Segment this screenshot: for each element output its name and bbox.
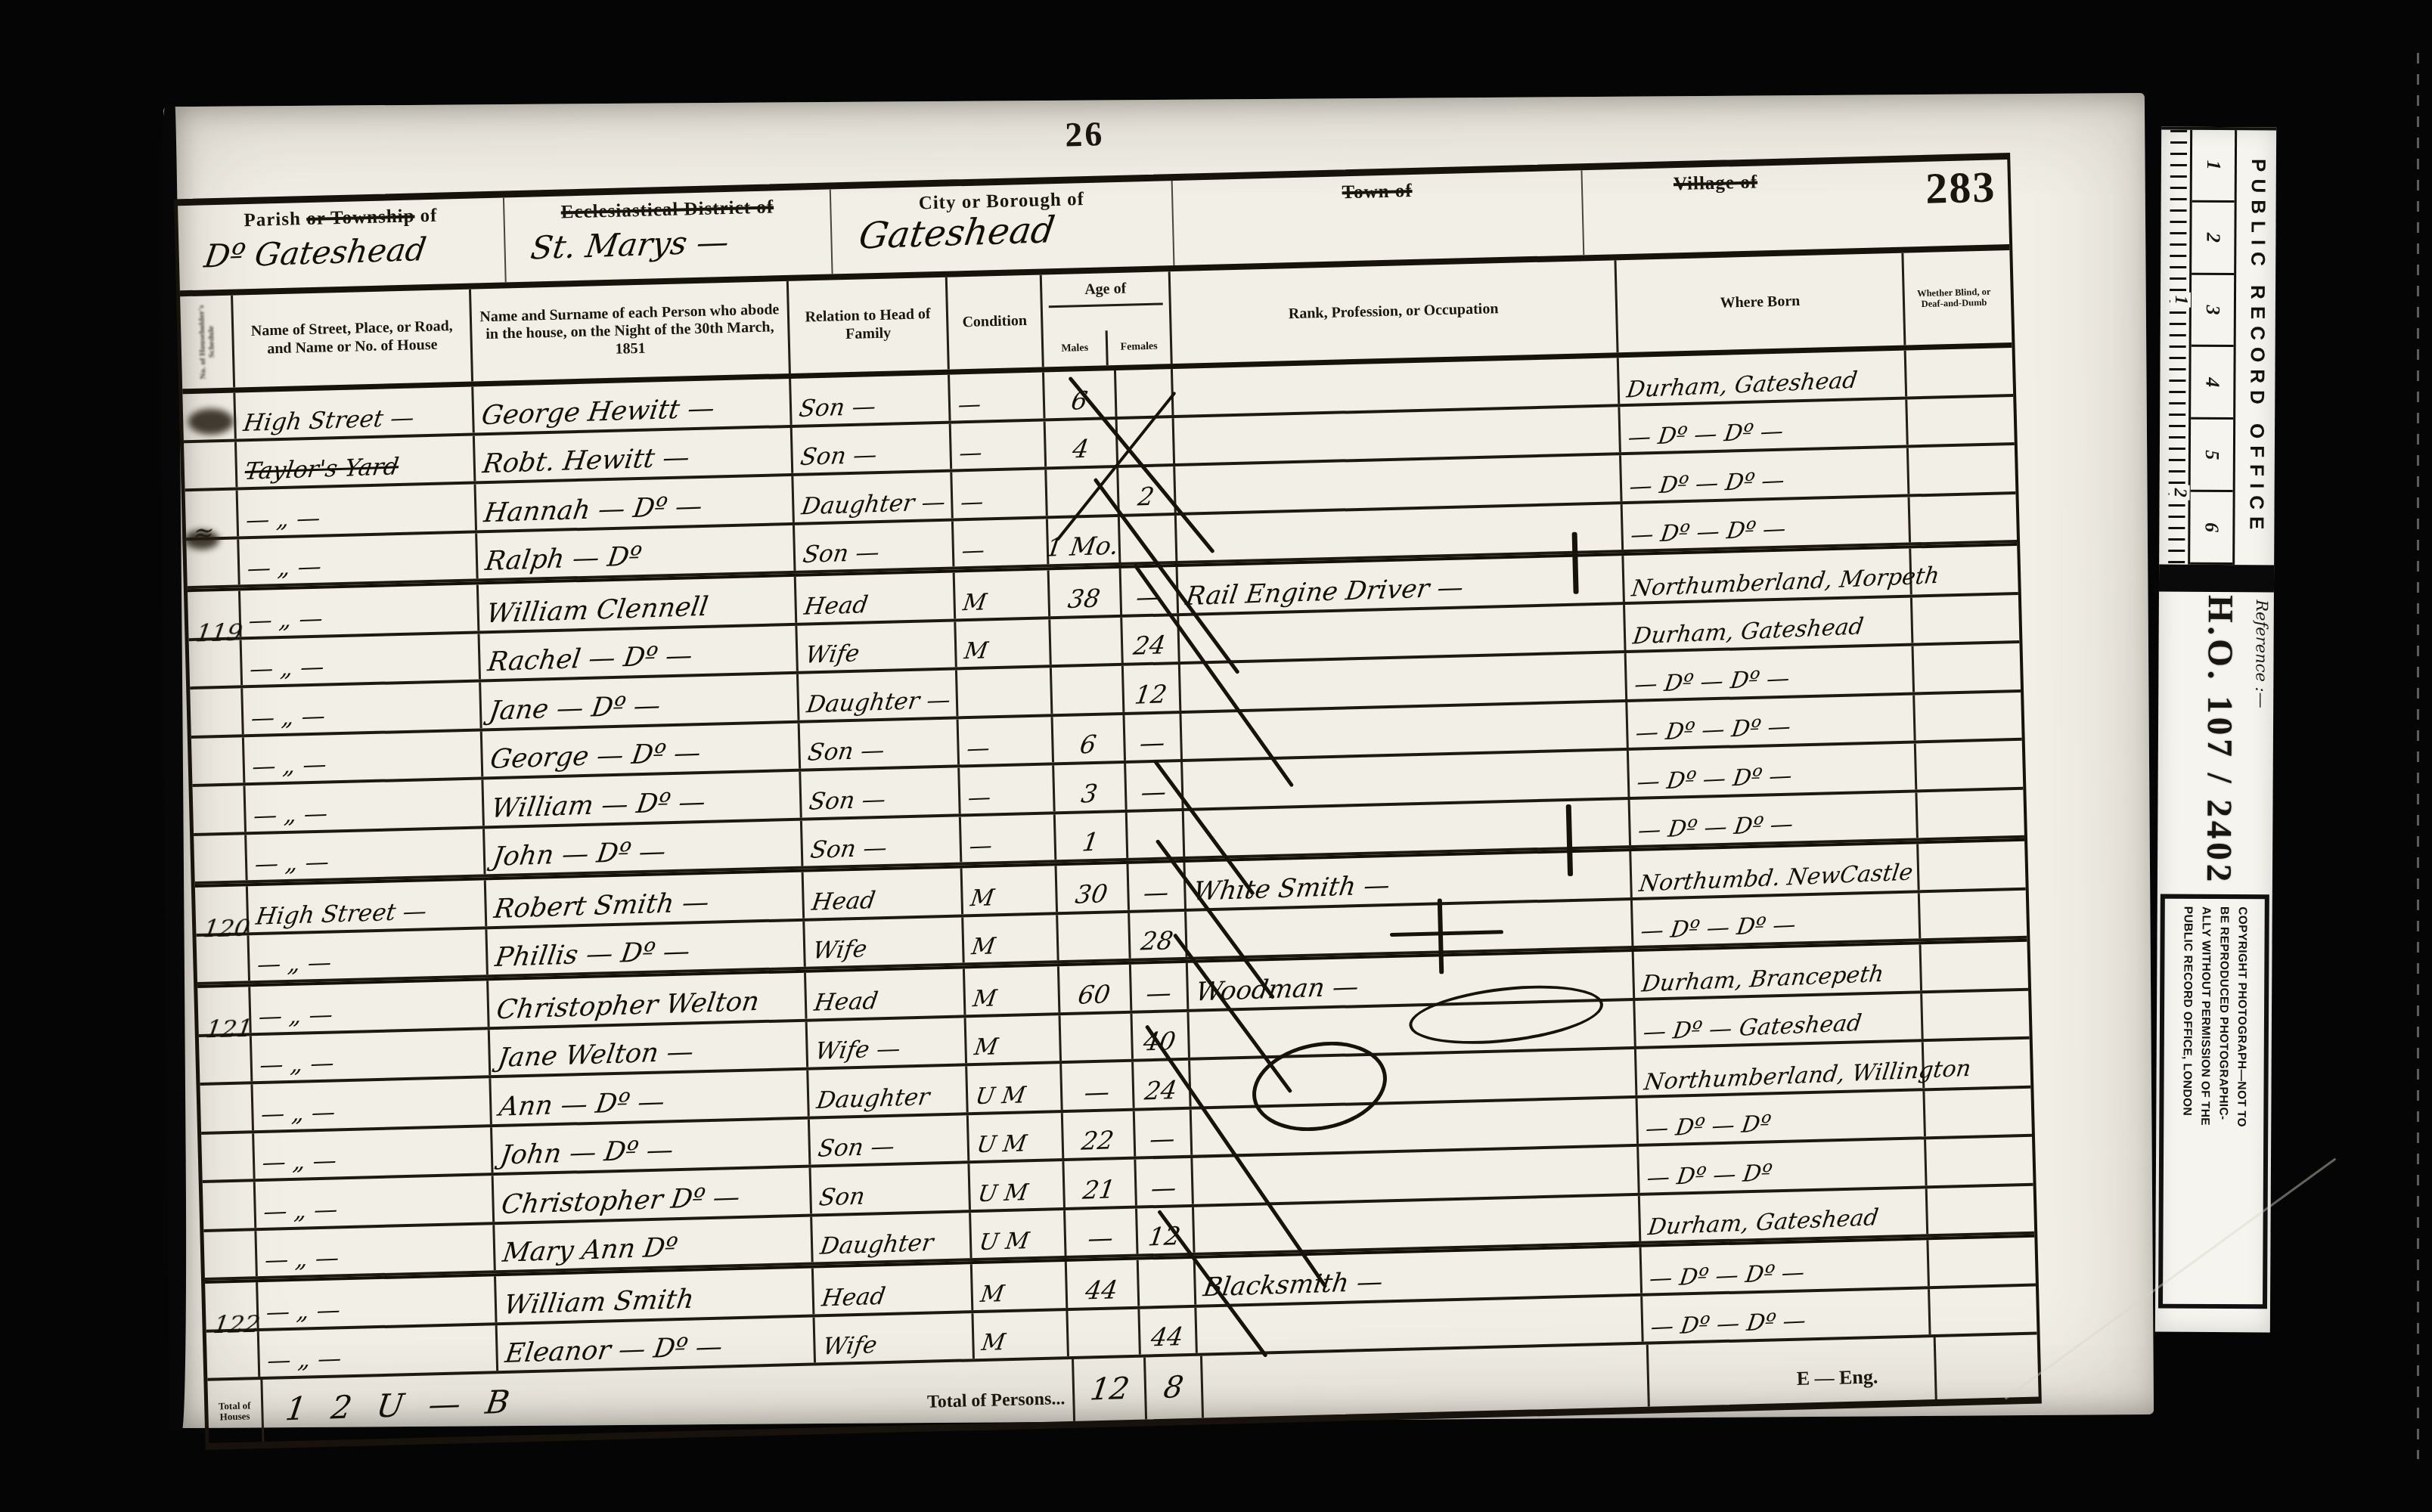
cell-disability <box>1909 445 2008 494</box>
cell-disability <box>1906 348 2005 396</box>
cell-name: John — Dº — <box>491 836 668 872</box>
cell-born: — Dº — Dº — <box>1648 1259 1807 1292</box>
cell-m: 38 <box>1066 583 1103 614</box>
cell-disability <box>1912 595 2012 643</box>
cell-rel: Son — <box>806 737 886 767</box>
cell-f: — <box>1141 877 1171 907</box>
cell-born: — Dº — Dº — <box>1634 714 1793 747</box>
cell-street: — „ — <box>253 848 330 878</box>
cell-rel: Wife <box>804 640 861 668</box>
cell-street: — „ — <box>252 800 330 829</box>
cell-m: 21 <box>1081 1174 1118 1205</box>
cell-cond: U M <box>976 1179 1030 1207</box>
cell-f: — <box>1139 776 1168 807</box>
cell-cond: M <box>961 589 988 616</box>
eng-abbreviation-note: E — Eng. <box>1796 1365 1878 1390</box>
cell-m: 30 <box>1074 878 1110 909</box>
cell-rel: Head <box>812 987 879 1016</box>
cell-name: Christopher Dº — <box>500 1182 742 1219</box>
cell-disability <box>1928 1238 2027 1286</box>
cell-rel: Son — <box>808 785 888 815</box>
cell-street: — „ — <box>247 605 324 634</box>
cell-rel: Son — <box>799 442 879 471</box>
cell-born: — Dº — Dº — <box>1649 1307 1808 1340</box>
cell-cond: M <box>963 637 990 665</box>
cell-cond: — <box>957 439 984 466</box>
cell-name: Rachel — Dº — <box>485 640 694 677</box>
cell-rel: Son — <box>816 1132 896 1162</box>
cell-disability <box>1910 494 2009 543</box>
parish-label-struck: or Township <box>306 206 415 229</box>
cell-disability <box>1924 1039 2023 1088</box>
cell-rel: Wife <box>811 935 869 964</box>
ruler-inch-scale: 1 2 3 4 5 6 <box>2188 130 2237 565</box>
cell-cond: U M <box>978 1228 1031 1256</box>
cell-rel: Wife <box>821 1331 879 1360</box>
col-schedule: No. of Householder's Schedule <box>180 296 235 389</box>
cell-name: Jane — Dº — <box>487 690 662 726</box>
cell-f: — <box>1147 1123 1177 1154</box>
cell-rel: Daughter — <box>800 488 948 520</box>
cell-disability <box>1917 790 2016 838</box>
col-street: Name of Street, Place, or Road, and Name… <box>233 290 473 388</box>
cell-f: 28 <box>1139 925 1175 956</box>
cell-f: 12 <box>1133 679 1169 710</box>
field-parish: Parish or Township of Dº Gateshead <box>178 197 507 290</box>
cell-name: George Hewitt — <box>479 393 716 431</box>
cell-born: Northumberland, Willington <box>1643 1055 1972 1095</box>
cell-m: 6 <box>1078 730 1098 760</box>
cell-f: — <box>1149 1173 1178 1203</box>
cell-street: — „ — <box>244 504 322 534</box>
district-value: St. Marys — <box>529 223 731 267</box>
cell-born: — Dº — Dº — <box>1633 665 1791 698</box>
cell-cond: M <box>970 933 997 960</box>
cell-born: — Dº — Dº — <box>1627 418 1785 451</box>
folio-number-right: 283 <box>1925 162 1996 214</box>
cell-cond: M <box>971 985 998 1012</box>
cell-m: 3 <box>1079 778 1100 808</box>
col-age-males: Males <box>1044 330 1109 367</box>
cell-street: — „ — <box>246 553 324 582</box>
total-houses-value: 1 2 U — B <box>284 1383 520 1427</box>
cell-cond: M <box>969 885 996 912</box>
total-houses-label: Total of Houses <box>207 1380 264 1443</box>
cell-street: — „ — <box>257 1001 335 1030</box>
cell-born: Durham, Gateshead <box>1631 613 1865 649</box>
cell-street: High Street — <box>254 897 428 930</box>
pro-ruler: PUBLIC RECORD OFFICE 1 2 3 4 5 6 1 2 <box>2159 127 2276 565</box>
cell-cond: — <box>960 537 986 564</box>
cell-cond: — <box>966 784 993 811</box>
cell-name: Robert Smith — <box>492 887 712 924</box>
cell-name: George — Dº — <box>489 738 703 775</box>
cell-rel: Son — <box>797 392 877 422</box>
census-page-photo: 26 Parish or Township of Dº Gateshead Ec… <box>163 93 2154 1428</box>
col-schedule-label: No. of Householder's Schedule <box>197 300 217 384</box>
col-age-females: Females <box>1108 329 1171 365</box>
cell-name: Eleanor — Dº — <box>504 1332 725 1369</box>
cell-cond: U M <box>974 1082 1028 1110</box>
cell-occ: White Smith — <box>1191 870 1391 907</box>
census-form: Parish or Township of Dº Gateshead Eccle… <box>174 153 2042 1450</box>
district-label: Ecclesiastical District of <box>504 190 830 225</box>
cell-born: — Dº — Dº — <box>1636 811 1795 844</box>
cell-disability <box>1922 991 2021 1039</box>
cell-m: 60 <box>1076 979 1112 1010</box>
cell-name: Robt. Hewitt — <box>481 442 692 479</box>
cell-m: 44 <box>1084 1275 1120 1306</box>
col-disability: Whether Blind, or Deaf-and-Dumb <box>1903 250 2004 345</box>
cell-f: 44 <box>1149 1321 1185 1352</box>
cell-street: — „ — <box>259 1098 337 1128</box>
cell-born: — Dº — Dº <box>1644 1111 1773 1142</box>
parish-value: Dº Gateshead <box>202 231 429 275</box>
cell-disability <box>1926 1137 2025 1185</box>
cell-born: — Dº — Dº — <box>1629 516 1788 549</box>
cell-disability <box>1925 1088 2024 1136</box>
cell-born: Durham, Brancepeth <box>1640 960 1885 997</box>
cell-disability <box>1907 397 2006 445</box>
parish-label: Parish <box>244 209 301 231</box>
cell-f: 24 <box>1143 1075 1179 1106</box>
cell-m: — <box>1082 1077 1112 1107</box>
cell-born: — Dº — Dº — <box>1627 466 1786 500</box>
folio-number-top: 26 <box>1064 113 1104 154</box>
col-relation: Relation to Head of Family <box>789 277 950 373</box>
cell-born: Northumbd. NewCastle <box>1637 859 1914 897</box>
cell-rel: Son — <box>801 539 881 569</box>
cell-occ: Rail Engine Driver — <box>1183 572 1465 612</box>
cell-name: William Smith <box>502 1284 696 1320</box>
col-name: Name and Surname of each Person who abod… <box>471 281 791 382</box>
cell-disability <box>1911 546 2010 594</box>
cell-street: — „ — <box>256 949 333 978</box>
field-village: Village of 283 <box>1582 160 2008 255</box>
cell-m: 1 Mo. <box>1044 531 1121 562</box>
cell-street: — „ — <box>263 1244 341 1274</box>
cell-rel: Head <box>802 591 870 621</box>
field-district: Ecclesiastical District of St. Marys — <box>504 189 833 282</box>
reference-label: Reference :— <box>2252 600 2271 708</box>
cell-street: — „ — <box>250 702 327 732</box>
cell-f: 2 <box>1136 481 1156 511</box>
field-city: City or Borough of Gateshead <box>831 181 1175 274</box>
cell-name: Jane Welton — <box>496 1036 696 1073</box>
cell-born: Durham, Gateshead <box>1646 1204 1880 1241</box>
col-age: Age of Males Females <box>1042 271 1173 367</box>
cell-disability <box>1916 741 2015 789</box>
cell-disability <box>1930 1286 2029 1334</box>
cell-f: 24 <box>1131 630 1168 661</box>
city-value: Gateshead <box>856 209 1057 258</box>
strip-divider <box>2159 565 2274 593</box>
cell-occ: Blacksmith — <box>1202 1266 1385 1303</box>
cell-name: Phillis — Dº — <box>493 937 692 973</box>
cell-name: Ralph — Dº <box>483 541 644 577</box>
cell-street: — „ — <box>262 1195 340 1225</box>
field-town: Town of <box>1173 170 1585 265</box>
cell-street: — „ — <box>248 653 326 683</box>
cell-name: Ann — Dº — <box>497 1086 666 1122</box>
cell-born: — Dº — Gateshead <box>1642 1010 1863 1046</box>
cell-street: — „ — <box>265 1345 343 1374</box>
col-occupation: Rank, Profession, or Occupation <box>1171 260 1619 364</box>
film-edge-dots <box>2417 53 2419 1459</box>
cell-street: Taylor's Yard <box>243 453 400 485</box>
total-persons-label: Total of Persons... <box>927 1389 1066 1413</box>
total-females: 8 <box>1146 1356 1204 1420</box>
cell-cond: — <box>959 488 985 516</box>
cell-m: 22 <box>1080 1125 1116 1156</box>
cell-cond: — <box>957 391 983 418</box>
cell-m: — <box>1086 1222 1115 1253</box>
cell-born: — Dº — Dº <box>1646 1159 1774 1191</box>
cell-rel: Son <box>817 1182 867 1211</box>
cell-cond: — <box>967 832 994 860</box>
pro-reference-strip: PUBLIC RECORD OFFICE 1 2 3 4 5 6 1 2 Ref… <box>2155 127 2276 1333</box>
cell-cond: M <box>980 1329 1007 1356</box>
col-born: Where Born <box>1616 253 1906 353</box>
cell-name: William — Dº — <box>489 786 707 823</box>
total-males: 12 <box>1074 1357 1147 1421</box>
cell-name: Hannah — Dº — <box>482 491 704 528</box>
cell-born: Durham, Gateshead <box>1625 367 1859 403</box>
cell-street: — „ — <box>260 1147 338 1176</box>
cell-street: High Street — <box>242 404 416 436</box>
cell-rel: Head <box>810 886 877 916</box>
cell-rel: Wife — <box>814 1035 902 1065</box>
pro-reference: Reference :— H.O. 107 / 2402 <box>2157 592 2274 895</box>
reference-value: H.O. 107 / 2402 <box>2198 595 2241 886</box>
cell-street: — „ — <box>264 1296 342 1325</box>
cell-disability <box>1915 692 2014 741</box>
col-condition: Condition <box>948 274 1044 369</box>
cell-born: Northumberland, Morpeth <box>1630 562 1941 601</box>
cell-street: — „ — <box>250 751 328 780</box>
cell-name: John — Dº — <box>498 1135 675 1171</box>
cell-born: — Dº — Dº — <box>1635 762 1794 795</box>
town-label: Town of <box>1173 170 1582 208</box>
cell-m: 4 <box>1070 434 1090 464</box>
cell-disability <box>1919 841 2018 890</box>
cell-rel: Son — <box>808 834 889 863</box>
cell-rel: Daughter — <box>805 686 952 717</box>
cell-name: Mary Ann Dº <box>501 1232 679 1269</box>
cell-f: — <box>1137 727 1167 758</box>
cell-street: — „ — <box>258 1049 336 1079</box>
cell-name: William Clennell <box>485 591 710 629</box>
cell-disability <box>1928 1185 2027 1234</box>
cell-disability <box>1922 942 2021 990</box>
cell-rel: Daughter <box>815 1083 932 1114</box>
cell-cond: — <box>965 735 991 762</box>
cell-rel: Head <box>820 1282 887 1312</box>
pro-office-title: PUBLIC RECORD OFFICE <box>2244 130 2270 565</box>
cell-rel: Daughter <box>818 1229 935 1260</box>
cell-f: — <box>1143 978 1173 1008</box>
cell-occ: Woodman — <box>1194 971 1360 1007</box>
cell-disability <box>1920 891 2019 939</box>
cell-cond: U M <box>975 1130 1028 1158</box>
cell-cond: M <box>972 1033 1000 1061</box>
cell-disability <box>1914 643 2013 692</box>
cell-m: 1 <box>1080 827 1100 857</box>
cell-born: — Dº — Dº — <box>1639 912 1798 945</box>
cell-cond: M <box>979 1280 1006 1307</box>
cell-name: Christopher Welton <box>495 986 762 1024</box>
